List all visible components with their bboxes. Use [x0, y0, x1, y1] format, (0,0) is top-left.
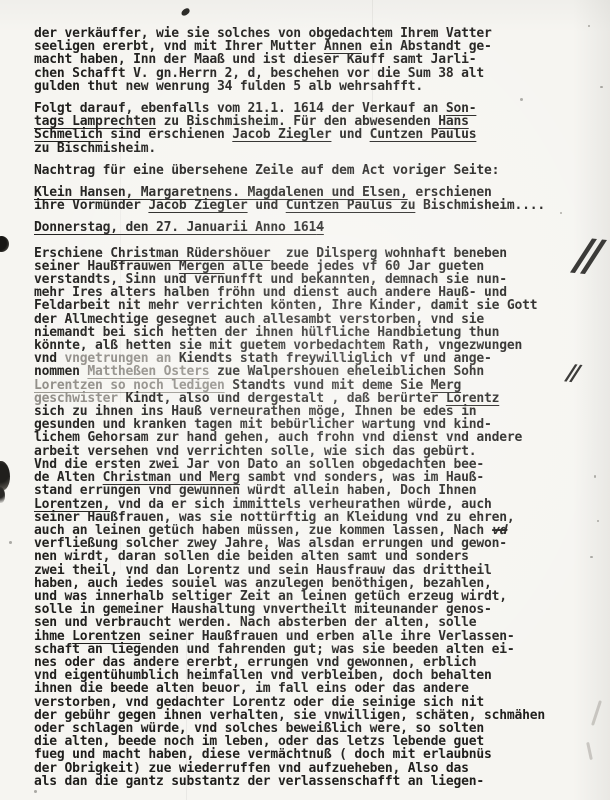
scan-speck	[600, 86, 603, 88]
text-segment: Jacob Ziegler	[148, 198, 247, 213]
document-text: der verkäuffer, wie sie solches von obge…	[34, 27, 579, 797]
text-segment: als dan die gantz substantz der verlasse…	[34, 774, 484, 789]
scan-speck	[9, 541, 12, 544]
text-line: ihre Vormünder Jacob Ziegler und Cuntzen…	[34, 199, 579, 212]
scanned-document-page: der verkäuffer, wie sie solches von obge…	[0, 0, 610, 800]
scan-speck	[34, 790, 37, 793]
text-segment: gulden thut new wenrung 34 fulden 5 alb …	[34, 79, 423, 94]
ink-blot-left-margin-1	[0, 236, 9, 252]
para-nachtrag: Nachtrag für eine übersehene Zeile auf d…	[34, 164, 579, 177]
ink-blot-left-margin-2	[0, 461, 10, 491]
text-segment: ihre Vormünder	[34, 198, 148, 213]
scan-speck	[597, 520, 599, 522]
text-segment: zu Bischmisheim.	[34, 141, 156, 156]
margin-double-slash-mark-large: //	[574, 233, 599, 279]
ink-blot-top	[180, 7, 191, 17]
text-segment: Jacob Ziegler	[232, 127, 331, 142]
date-heading: Donnerstag, den 27. Januarii Anno 1614	[34, 221, 579, 234]
scan-speck	[520, 98, 523, 101]
scan-speck	[590, 556, 593, 558]
text-line: gulden thut new wenrung 34 fulden 5 alb …	[34, 80, 579, 93]
text-segment: Cuntzen Paulus	[370, 127, 477, 142]
para-verkauf-lamprecht: Folgt darauf, ebenfalls vom 21.1. 1614 d…	[34, 102, 579, 155]
text-segment: 4	[316, 220, 324, 235]
scan-speck	[594, 475, 596, 478]
text-line: Donnerstag, den 27. Januarii Anno 1614	[34, 221, 579, 234]
scan-smudge	[591, 700, 602, 726]
text-segment: Cuntzen Paulus zu	[286, 198, 416, 213]
text-segment: vd	[490, 524, 508, 537]
text-line: zu Bischmisheim.	[34, 142, 579, 155]
text-segment: Donnerstag, den 27. Januarii Anno 161	[34, 220, 316, 235]
text-segment: und	[331, 127, 369, 142]
para-sale-record: der verkäuffer, wie sie solches von obge…	[34, 27, 579, 93]
scan-speck	[560, 212, 562, 214]
para-klein-hansen: Klein Hansen, Margaretnens. Magdalenen u…	[34, 186, 579, 212]
text-segment: und	[248, 198, 286, 213]
scan-smudge	[586, 742, 593, 760]
text-segment: Nachtrag für eine übersehene Zeile auf d…	[34, 163, 499, 178]
para-vertrag-ruedershoeuer: Erschiene Christman Rüdershöuer zue Dils…	[34, 247, 579, 788]
text-segment: Bischmisheim....	[415, 198, 545, 213]
scan-speck	[588, 25, 590, 27]
text-line: als dan die gantz substantz der verlasse…	[34, 775, 579, 788]
text-line: Nachtrag für eine übersehene Zeile auf d…	[34, 164, 579, 177]
